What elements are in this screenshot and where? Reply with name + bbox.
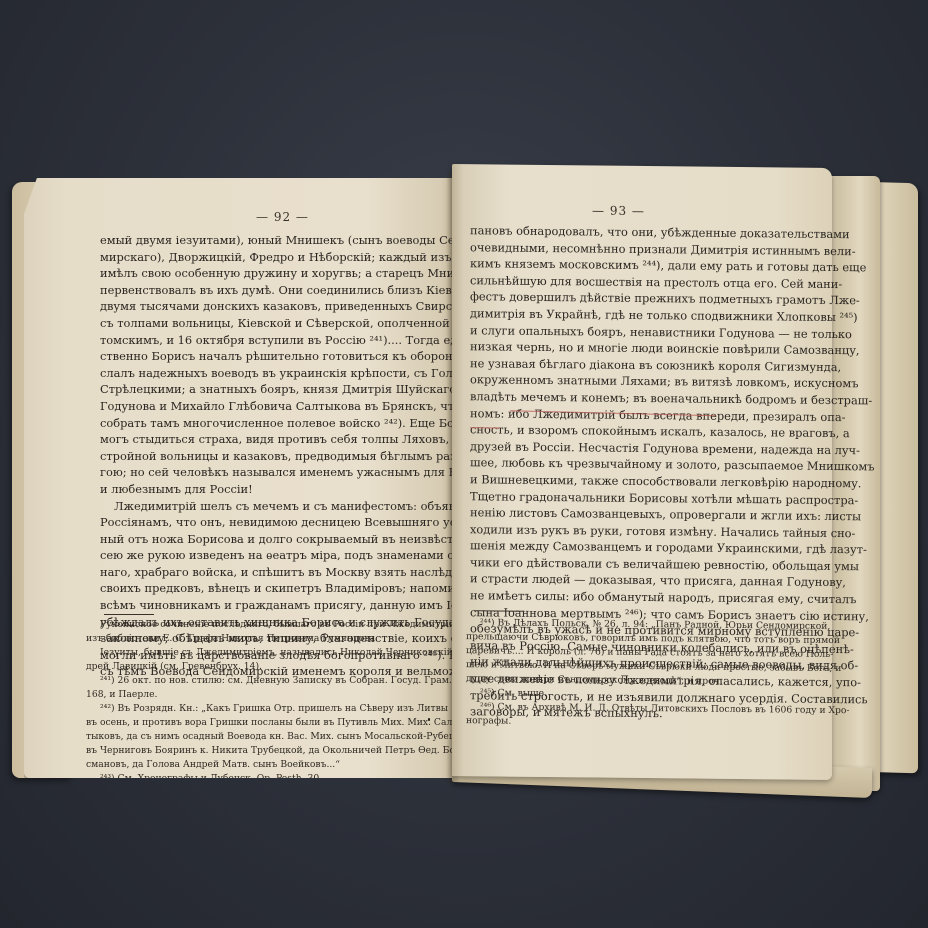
footnote-line: ²⁴²) Въ Розрядн. Кн.: „Какъ Гришка Отр. … bbox=[86, 702, 438, 716]
footnote-line: Рукописное сочиненіе послѣдняго, бывшаго… bbox=[86, 618, 438, 632]
text-line: слалъ надежныхъ воеводъ въ украинскія кр… bbox=[100, 365, 434, 382]
ink-spot bbox=[428, 718, 430, 721]
footnote-line: дрей Лавицкій (см. Гревенбрух. 14). bbox=[86, 660, 438, 674]
text-line: ственно Борисъ началъ рѣшительно готовит… bbox=[100, 348, 434, 365]
page-number-left: — 92 — bbox=[256, 210, 309, 224]
text-line: собрать тамъ многочисленное полевое войс… bbox=[100, 415, 434, 432]
text-line: своихъ предковъ, вѣнецъ и скипетръ Влади… bbox=[100, 580, 434, 597]
text-line: и любезнымъ для Россіи! bbox=[100, 481, 434, 498]
text-line: имѣлъ свою особенную дружину и хоругвь; … bbox=[100, 265, 434, 282]
footnote-line: смановъ, да Голова Андрей Матв. сынъ Вое… bbox=[86, 758, 438, 772]
footnote-divider bbox=[104, 614, 154, 615]
page-number-right: — 93 — bbox=[592, 203, 645, 218]
footnote-line: изъ библіотеки Е. С. Графа Николая Петро… bbox=[86, 632, 438, 646]
footnote-line: тыковъ, да съ нимъ осадный Воевода кн. В… bbox=[86, 730, 438, 744]
text-line: томскимъ, и 16 октября вступили въ Россі… bbox=[100, 332, 434, 349]
text-line: Россіянамъ, что онъ, невидимою десницею … bbox=[100, 514, 434, 531]
text-line: стройной вольницы и казаковъ, предводимы… bbox=[100, 448, 434, 465]
text-line: первенствовалъ въ ихъ думѣ. Они соединил… bbox=[100, 282, 434, 299]
text-line: съ толпами вольницы, Кіевской и Сѣверско… bbox=[100, 315, 434, 332]
text-line: Стрѣлецкими; а знатныхъ бояръ, князя Дми… bbox=[100, 381, 434, 398]
footnote-line: ²⁴³) См. Хронографы и Лубенск. Op. Posth… bbox=[86, 772, 438, 786]
left-page-body: емый двумя іезуитами), юный Мнишекъ (сын… bbox=[100, 232, 434, 680]
footnote-line: Іезуиты, бывшіе съ Лжедимитріемъ, называ… bbox=[86, 646, 438, 660]
text-line: мирскаго), Дворжицкій, Фредро и Нѣборскі… bbox=[100, 249, 434, 266]
text-line: наго, храбраго войска, и спѣшитъ въ Моск… bbox=[100, 564, 434, 581]
left-page-footnotes: Рукописное сочиненіе послѣдняго, бывшаго… bbox=[86, 618, 438, 786]
text-line: всѣмъ чиновникамъ и гражданамъ присягу, … bbox=[100, 597, 434, 614]
left-page: — 92 — емый двумя іезуитами), юный Мнише… bbox=[24, 178, 454, 778]
footnote-line: въ Черниговъ Бояринъ к. Никита Трубецкой… bbox=[86, 744, 438, 758]
text-line: емый двумя іезуитами), юный Мнишекъ (сын… bbox=[100, 232, 434, 249]
text-line: двумя тысячами донскихъ казаковъ, привед… bbox=[100, 298, 434, 315]
footnote-line: 168, и Паерле. bbox=[86, 688, 438, 702]
right-page-footnotes: ²⁴⁴) Въ Дѣлахъ Польск. № 26, л. 94: „Пан… bbox=[466, 616, 794, 731]
footnote-line: ²⁴¹) 26 окт. по нов. стилю: см. Дневную … bbox=[86, 674, 438, 688]
footnote-line: въ осень, и противъ вора Гришки посланы … bbox=[86, 716, 438, 730]
open-book: — 92 — емый двумя іезуитами), юный Мнише… bbox=[0, 0, 928, 928]
text-line: гою; но сей человѣкъ назывался именемъ у… bbox=[100, 464, 434, 481]
text-line: могъ стыдиться страха, видя противъ себя… bbox=[100, 431, 434, 448]
text-line: ный отъ ножа Борисова и долго сокрываемы… bbox=[100, 531, 434, 548]
right-page: — 93 — пановъ обнародовалъ, что они, убѣ… bbox=[452, 164, 832, 780]
text-line: Лжедимитрій шелъ съ мечемъ и съ манифест… bbox=[100, 498, 434, 515]
text-line: Годунова и Михайло Глѣбовича Салтыкова в… bbox=[100, 398, 434, 415]
dark-surface-background: — 92 — емый двумя іезуитами), юный Мнише… bbox=[0, 0, 928, 928]
text-line: сею же рукою изведенъ на ѳеатръ міра, по… bbox=[100, 547, 434, 564]
